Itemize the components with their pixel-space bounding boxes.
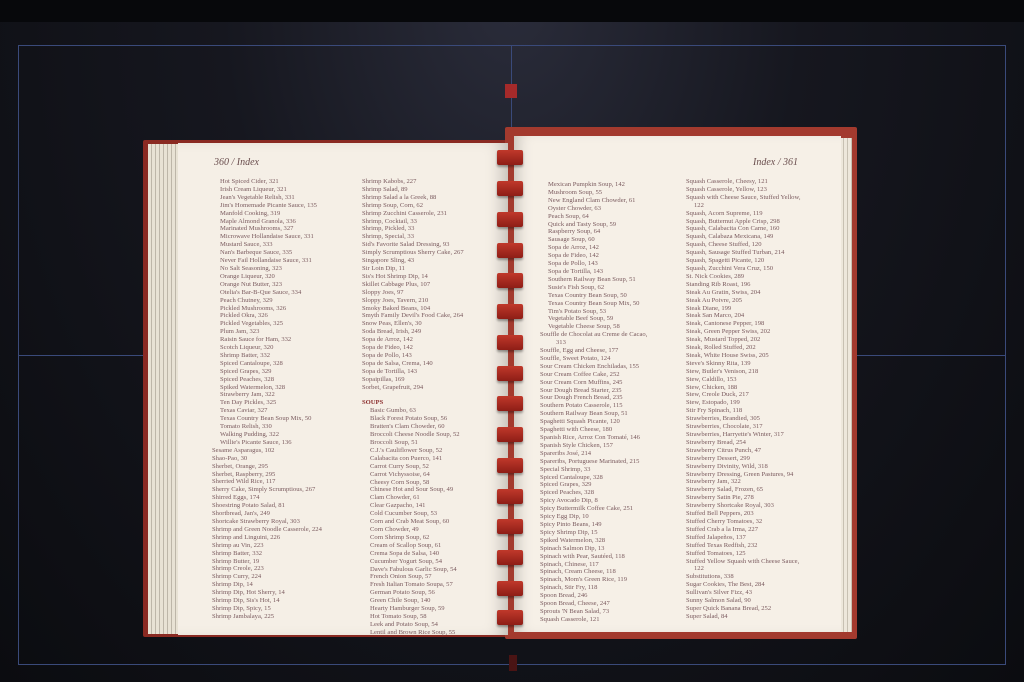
- index-entry: Spiced Cantaloupe, 328: [212, 360, 322, 368]
- index-entry: Black Forest Potato Soup, 56: [362, 415, 464, 423]
- index-entry: Marinated Mushrooms, 327: [212, 225, 322, 233]
- index-entry: Spaghetti with Cheese, 180: [540, 426, 647, 434]
- index-entry: Sherbet, Raspberry, 295: [212, 471, 322, 479]
- index-entry: Steak San Marco, 204: [686, 312, 800, 320]
- index-column-4: Squash Casserole, Cheesy, 121Squash Cass…: [686, 178, 800, 621]
- index-entry: Shrimp Dip, Spicy, 15: [212, 605, 322, 613]
- index-entry: Sour Dough Bread Starter, 235: [540, 387, 647, 395]
- index-entry: Cream of Scallop Soup, 61: [362, 542, 464, 550]
- index-entry: Steak Au Gratin, Swiss, 204: [686, 289, 800, 297]
- index-entry: Shrimp Dip, Hot Sherry, 14: [212, 589, 322, 597]
- index-entry: Steak, White House Swiss, 205: [686, 352, 800, 360]
- binding-ring: [497, 610, 523, 625]
- index-entry: Shrimp Salad, 89: [362, 186, 464, 194]
- index-entry: Strawberry Salad, Frozen, 65: [686, 486, 800, 494]
- index-entry: Cucumber Yogurt Soup, 54: [362, 558, 464, 566]
- index-entry: Squash, Sausage Stuffed Turban, 214: [686, 249, 800, 257]
- index-entry: Squash, Spagetti Picante, 120: [686, 257, 800, 265]
- index-entry: Vegetable Cheese Soup, 58: [540, 323, 647, 331]
- left-page-header: 360 / Index: [214, 157, 259, 168]
- index-entry: Shrimp Butter, 19: [212, 558, 322, 566]
- index-entry: Spinach, Chinese, 117: [540, 561, 647, 569]
- index-entry: Pickled Mushrooms, 326: [212, 305, 322, 313]
- index-entry: Steak, Green Pepper Swiss, 202: [686, 328, 800, 336]
- index-entry: French Onion Soup, 57: [362, 573, 464, 581]
- index-entry: Soda Bread, Irish, 249: [362, 328, 464, 336]
- index-entry: Sherbet, Orange, 295: [212, 463, 322, 471]
- index-entry: 313: [540, 339, 647, 347]
- index-entry: Strawberries, Chocolate, 317: [686, 423, 800, 431]
- index-entry: Sopa de Arroz, 142: [362, 336, 464, 344]
- index-entry: Southern Railway Bean Soup, 51: [540, 276, 647, 284]
- index-entry: Sherry Cake, Simply Scrumptious, 267: [212, 486, 322, 494]
- index-entry: Willie's Picante Sauce, 136: [212, 439, 322, 447]
- index-entry: Shao-Pao, 30: [212, 455, 322, 463]
- index-entry: Stuffed Crab a la Irma, 227: [686, 526, 800, 534]
- index-entry: Bratten's Clam Chowder, 60: [362, 423, 464, 431]
- index-entry: Susie's Fish Soup, 62: [540, 284, 647, 292]
- index-entry: Snow Peas, Ellen's, 30: [362, 320, 464, 328]
- index-entry: Shrimp, Cocktail, 33: [362, 218, 464, 226]
- index-entry: Hearty Hamburger Soup, 59: [362, 605, 464, 613]
- index-entry: Sopa de Tortilla, 143: [362, 368, 464, 376]
- index-entry: Sopaipillas, 169: [362, 376, 464, 384]
- index-entry: Clear Gazpacho, 141: [362, 502, 464, 510]
- index-entry: Pickled Okra, 326: [212, 312, 322, 320]
- index-entry: Peach Chutney, 329: [212, 297, 322, 305]
- index-entry: Green Chile Soup, 140: [362, 597, 464, 605]
- binding-ring: [497, 243, 523, 258]
- index-entry: Spiced Peaches, 328: [212, 376, 322, 384]
- index-entry: Leek and Potato Soup, 54: [362, 621, 464, 629]
- index-entry: Shrimp and Linguini, 226: [212, 534, 322, 542]
- index-entry: Orange Liqueur, 320: [212, 273, 322, 281]
- index-entry: Strawberry Dessert, 299: [686, 455, 800, 463]
- index-entry: Cold Cucumber Soup, 53: [362, 510, 464, 518]
- index-entry: Sopa de Fideo, 142: [540, 252, 647, 260]
- index-entry: Pickled Vegetables, 325: [212, 320, 322, 328]
- index-entry: Singapore Sling, 43: [362, 257, 464, 265]
- index-entry: Spicy Pinto Beans, 149: [540, 521, 647, 529]
- index-entry: Shrimp, Pickled, 33: [362, 225, 464, 233]
- index-entry: Stir Fry Spinach, 118: [686, 407, 800, 415]
- index-entry: Dave's Fabulous Garlic Soup, 54: [362, 566, 464, 574]
- index-entry: Squash Casserole, Cheesy, 121: [686, 178, 800, 186]
- index-entry: Texas Country Bean Soup Mix, 50: [540, 300, 647, 308]
- index-entry: 122: [686, 202, 800, 210]
- index-entry: Hot Tomato Soup, 58: [362, 613, 464, 621]
- index-entry: Texas Country Bean Soup Mix, 50: [212, 415, 322, 423]
- index-entry: Sir Loin Dip, 11: [362, 265, 464, 273]
- index-entry: Spicy Shrimp Dip, 15: [540, 529, 647, 537]
- index-entry: Oyster Chowder, 63: [540, 205, 647, 213]
- index-entry: Raspberry Soup, 64: [540, 228, 647, 236]
- index-entry: Strawberries, Harryette's Winter, 317: [686, 431, 800, 439]
- index-entry: Fresh Italian Tomato Soupa, 57: [362, 581, 464, 589]
- index-entry: Sopa de Fideo, 142: [362, 344, 464, 352]
- index-entry: Spoon Bread, 246: [540, 592, 647, 600]
- index-entry: Tim's Potato Soup, 53: [540, 308, 647, 316]
- index-entry: Squash, Acorn Supreme, 119: [686, 210, 800, 218]
- index-entry: Super Salad, 84: [686, 613, 800, 621]
- index-entry: Cheesy Corn Soup, 58: [362, 479, 464, 487]
- index-entry: Stew, Estopado, 199: [686, 399, 800, 407]
- index-entry: Spiced Cantaloupe, 328: [540, 474, 647, 482]
- index-entry: Squash, Calabacita Con Carne, 160: [686, 225, 800, 233]
- index-entry: Shrimp Creole, 223: [212, 565, 322, 573]
- index-entry: Spinach, Mom's Green Rice, 119: [540, 576, 647, 584]
- index-entry: Stuffed Yellow Squash with Cheese Sauce,: [686, 558, 800, 566]
- index-entry: Southern Potato Casserole, 115: [540, 402, 647, 410]
- index-entry: Stew, Creole Duck, 217: [686, 391, 800, 399]
- index-entry: New England Clam Chowder, 61: [540, 197, 647, 205]
- binding-ring: [497, 489, 523, 504]
- index-entry: Jean's Vegetable Relish, 331: [212, 194, 322, 202]
- index-entry: Manfold Cooking, 319: [212, 210, 322, 218]
- index-entry: Calabacita con Puerco, 141: [362, 455, 464, 463]
- index-entry: Standing Rib Roast, 196: [686, 281, 800, 289]
- right-page-header: Index / 361: [753, 157, 798, 168]
- index-entry: Strawberry Divinity, Wild, 318: [686, 463, 800, 471]
- index-entry: Hot Spiced Cider, 321: [212, 178, 322, 186]
- index-entry: Sorbet, Grapefruit, 294: [362, 384, 464, 392]
- index-entry: Corn Chowder, 49: [362, 526, 464, 534]
- index-entry: Mexican Pumpkin Soup, 142: [540, 181, 647, 189]
- index-entry: Spoon Bread, Cheese, 247: [540, 600, 647, 608]
- index-entry: Sprouts 'N Bean Salad, 73: [540, 608, 647, 616]
- index-entry: Spicy Egg Dip, 10: [540, 513, 647, 521]
- index-entry: Mustard Sauce, 333: [212, 241, 322, 249]
- index-entry: Spareribs José, 214: [540, 450, 647, 458]
- index-entry: Sopa de Pollo, 143: [362, 352, 464, 360]
- index-entry: Sour Cream Corn Muffins, 245: [540, 379, 647, 387]
- index-entry: Steak, Rolled Stuffed, 202: [686, 344, 800, 352]
- page-edges-right: [840, 138, 852, 632]
- index-entry: Squash, Butternut Apple Crisp, 298: [686, 218, 800, 226]
- index-entry: Sesame Asparagus, 102: [212, 447, 322, 455]
- binding-ring: [497, 212, 523, 227]
- index-entry: Microwave Hollandaise Sauce, 331: [212, 233, 322, 241]
- index-entry: Spiced Grapes, 329: [540, 481, 647, 489]
- binding-ring: [497, 581, 523, 596]
- index-entry: Shrimp, Special, 33: [362, 233, 464, 241]
- index-entry: C.J.'s Cauliflower Soup, 52: [362, 447, 464, 455]
- binding-ring: [497, 458, 523, 473]
- top-band: [0, 0, 1024, 22]
- binding-ring: [497, 396, 523, 411]
- index-entry: Squash, Cheese Stuffed, 120: [686, 241, 800, 249]
- binding-ring: [497, 304, 523, 319]
- index-entry: Never Fail Hollandaise Sauce, 331: [212, 257, 322, 265]
- index-entry: Sloppy Joes, 97: [362, 289, 464, 297]
- index-entry: Plum Jam, 323: [212, 328, 322, 336]
- index-entry: Shrimp Batter, 332: [212, 352, 322, 360]
- index-entry: Quick and Tasty Soup, 59: [540, 221, 647, 229]
- index-entry: Irish Cream Liqueur, 321: [212, 186, 322, 194]
- index-entry: Corn and Crab Meat Soup, 60: [362, 518, 464, 526]
- index-entry: Sour Cream Coffee Cake, 252: [540, 371, 647, 379]
- index-entry: Stew, Caldillo, 153: [686, 376, 800, 384]
- index-entry: Shrimp Salad a la Greek, 88: [362, 194, 464, 202]
- index-entry: Sausage Soup, 60: [540, 236, 647, 244]
- index-entry: Strawberry Jam, 322: [212, 391, 322, 399]
- binding-ring: [497, 427, 523, 442]
- index-entry: Stuffed Cherry Tomatoes, 32: [686, 518, 800, 526]
- index-entry: Steak, Cantonese Pepper, 198: [686, 320, 800, 328]
- index-entry: Shrimp au Vin, 223: [212, 542, 322, 550]
- right-guide-line: [845, 355, 1005, 356]
- index-entry: Broccoli Soup, 51: [362, 439, 464, 447]
- index-entry: Stew, Butler's Venison, 218: [686, 368, 800, 376]
- index-entry: Otelia's Bar-B-Que Sauce, 334: [212, 289, 322, 297]
- index-entry: Shortcake Strawberry Royal, 303: [212, 518, 322, 526]
- index-entry: Jim's Homemade Picante Sauce, 135: [212, 202, 322, 210]
- index-entry: Strawberry Jam, 322: [686, 478, 800, 486]
- index-entry: Shrimp Curry, 224: [212, 573, 322, 581]
- index-entry: Sunny Salmon Salad, 90: [686, 597, 800, 605]
- left-guide-line: [18, 355, 143, 356]
- index-column-2: Shrimp Kabobs, 227Shrimp Salad, 89Shrimp…: [362, 178, 464, 637]
- index-entry: Tomato Relish, 330: [212, 423, 322, 431]
- index-entry: Basic Gumbo, 63: [362, 407, 464, 415]
- index-entry: Spanish Style Chicken, 157: [540, 442, 647, 450]
- index-entry: Super Quick Banana Bread, 252: [686, 605, 800, 613]
- index-entry: No Salt Seasoning, 323: [212, 265, 322, 273]
- index-entry: Skillet Cabbage Plus, 107: [362, 281, 464, 289]
- index-entry: Lentil and Brown Rice Soup, 55: [362, 629, 464, 637]
- index-entry: Spicy Avocado Dip, 8: [540, 497, 647, 505]
- binding-ring: [497, 181, 523, 196]
- index-entry: Sopa de Pollo, 143: [540, 260, 647, 268]
- index-entry: Stuffed Jalapeños, 137: [686, 534, 800, 542]
- index-entry: Orange Nut Butter, 323: [212, 281, 322, 289]
- index-entry: Shoestring Potato Salad, 81: [212, 502, 322, 510]
- index-column-3: Mexican Pumpkin Soup, 142Mushroom Soup, …: [540, 181, 647, 624]
- binding-ring: [497, 150, 523, 165]
- index-entry: Corn Shrimp Soup, 62: [362, 534, 464, 542]
- alignment-marker-bottom: [509, 655, 517, 671]
- index-entry: Shirred Eggs, 174: [212, 494, 322, 502]
- index-entry: Southern Railway Bean Soup, 51: [540, 410, 647, 418]
- index-entry: Spinach with Pear, Sautéed, 118: [540, 553, 647, 561]
- index-entry: Sopa de Salsa, Crema, 140: [362, 360, 464, 368]
- index-entry: Souffle, Egg and Cheese, 177: [540, 347, 647, 355]
- index-entry: Sis's Hot Shrimp Dip, 14: [362, 273, 464, 281]
- index-entry: Steak, Mustard Topped, 202: [686, 336, 800, 344]
- index-entry: Steak Diane, 199: [686, 305, 800, 313]
- index-entry: Spinach, Stir Fry, 118: [540, 584, 647, 592]
- index-entry: Crema Sopa de Salsa, 140: [362, 550, 464, 558]
- index-entry: Stuffed Tomatoes, 125: [686, 550, 800, 558]
- index-entry: Smyth Family Devil's Food Cake, 264: [362, 312, 464, 320]
- index-entry: Spiked Watermelon, 328: [212, 384, 322, 392]
- index-entry: Steve's Skinny Rita, 139: [686, 360, 800, 368]
- index-entry: Strawberry Bread, 254: [686, 439, 800, 447]
- index-entry: Sid's Favorite Salad Dressing, 93: [362, 241, 464, 249]
- index-entry: Substitutions, 338: [686, 573, 800, 581]
- index-entry: Steak Au Poivre, 205: [686, 297, 800, 305]
- index-entry: Nan's Barbeque Sauce, 335: [212, 249, 322, 257]
- index-entry: Peach Soup, 64: [540, 213, 647, 221]
- index-entry: Spiced Grapes, 329: [212, 368, 322, 376]
- binding-ring: [497, 273, 523, 288]
- index-entry: Strawberry Dressing, Green Pastures, 94: [686, 471, 800, 479]
- index-entry: Shrimp Dip, Sis's Hot, 14: [212, 597, 322, 605]
- index-entry: Shrimp Zucchini Casserole, 231: [362, 210, 464, 218]
- index-entry: Shrimp Kabobs, 227: [362, 178, 464, 186]
- index-entry: Spiced Peaches, 328: [540, 489, 647, 497]
- index-entry: Stew, Chicken, 188: [686, 384, 800, 392]
- index-entry: Clam Chowder, 61: [362, 494, 464, 502]
- index-entry: Ten Day Pickles, 325: [212, 399, 322, 407]
- index-entry: Strawberry Shortcake Royal, 303: [686, 502, 800, 510]
- index-entry: Sopa de Arroz, 142: [540, 244, 647, 252]
- index-entry: Sugar Cookies, The Best, 284: [686, 581, 800, 589]
- binding-ring: [497, 366, 523, 381]
- index-entry: Mushroom Soup, 55: [540, 189, 647, 197]
- index-entry: Souffle, Sweet Potato, 124: [540, 355, 647, 363]
- index-entry: Spicy Buttermilk Coffee Cake, 251: [540, 505, 647, 513]
- index-entry: Carrot Curry Soup, 52: [362, 463, 464, 471]
- index-entry: Sour Dough French Bread, 235: [540, 394, 647, 402]
- index-entry: Shrimp Soup, Corn, 62: [362, 202, 464, 210]
- index-entry: Shortbread, Jan's, 249: [212, 510, 322, 518]
- index-entry: Chinese Hot and Sour Soup, 49: [362, 486, 464, 494]
- index-entry: Sopa de Tortilla, 143: [540, 268, 647, 276]
- index-entry: Sherried Wild Rice, 117: [212, 478, 322, 486]
- index-entry: Souffle de Chocolat au Creme de Cacao,: [540, 331, 647, 339]
- index-entry: Broccoli Cheese Noodle Soup, 52: [362, 431, 464, 439]
- index-entry: Strawberries, Brandied, 305: [686, 415, 800, 423]
- index-entry: Squash, Calabaza Mexicana, 149: [686, 233, 800, 241]
- index-entry: Texas Country Bean Soup, 50: [540, 292, 647, 300]
- index-entry: Simply Scrumptious Sherry Cake, 267: [362, 249, 464, 257]
- binding-ring: [497, 550, 523, 565]
- binding-ring: [497, 335, 523, 350]
- index-entry: Special Shrimp, 33: [540, 466, 647, 474]
- index-entry: Shrimp Jambalaya, 225: [212, 613, 322, 621]
- index-entry: Scotch Liqueur, 320: [212, 344, 322, 352]
- index-entry: Sullivan's Silver Fizz, 43: [686, 589, 800, 597]
- index-entry: St. Nick Cookies, 289: [686, 273, 800, 281]
- binding-ring: [497, 519, 523, 534]
- index-entry: Spareribs, Portuguese Marinated, 215: [540, 458, 647, 466]
- index-entry: Walking Pudding, 322: [212, 431, 322, 439]
- index-entry: Stuffed Bell Peppers, 203: [686, 510, 800, 518]
- index-entry: Strawberry Satin Pie, 278: [686, 494, 800, 502]
- index-entry: Strawberry Citrus Punch, 47: [686, 447, 800, 455]
- index-entry: Shrimp Dip, 14: [212, 581, 322, 589]
- index-entry: German Potato Soup, 56: [362, 589, 464, 597]
- index-entry: Carrot Vichyssoise, 64: [362, 471, 464, 479]
- index-entry: Spaghetti Squash Picante, 120: [540, 418, 647, 426]
- index-entry: Spiked Watermelon, 328: [540, 537, 647, 545]
- index-column-1: Hot Spiced Cider, 321Irish Cream Liqueur…: [212, 178, 322, 621]
- index-entry: Squash Casserole, 121: [540, 616, 647, 624]
- index-entry: Spinach Salmon Dip, 13: [540, 545, 647, 553]
- index-entry: Stuffed Texas Redfish, 232: [686, 542, 800, 550]
- index-entry: Squash, Zucchini Vera Cruz, 150: [686, 265, 800, 273]
- index-entry: Shrimp Batter, 332: [212, 550, 322, 558]
- index-section-heading: SOUPS: [362, 399, 464, 407]
- index-entry: Smoky Baked Beans, 104: [362, 305, 464, 313]
- index-entry: Spanish Rice, Arroz Con Tomaté, 146: [540, 434, 647, 442]
- index-entry: Vegetable Beef Soup, 59: [540, 315, 647, 323]
- index-entry: Raisin Sauce for Ham, 332: [212, 336, 322, 344]
- index-entry: Squash with Cheese Sauce, Stuffed Yellow…: [686, 194, 800, 202]
- index-entry: Sour Cream Chicken Enchiladas, 155: [540, 363, 647, 371]
- index-entry: Maple Almond Granola, 336: [212, 218, 322, 226]
- index-entry: Sloppy Joes, Tavern, 210: [362, 297, 464, 305]
- index-entry: Spinach, Cream Cheese, 118: [540, 568, 647, 576]
- alignment-marker: [505, 84, 517, 98]
- index-entry: Shrimp and Green Noodle Casserole, 224: [212, 526, 322, 534]
- index-entry: Squash Casserole, Yellow, 123: [686, 186, 800, 194]
- index-entry: Texas Caviar, 327: [212, 407, 322, 415]
- index-entry: 122: [686, 565, 800, 573]
